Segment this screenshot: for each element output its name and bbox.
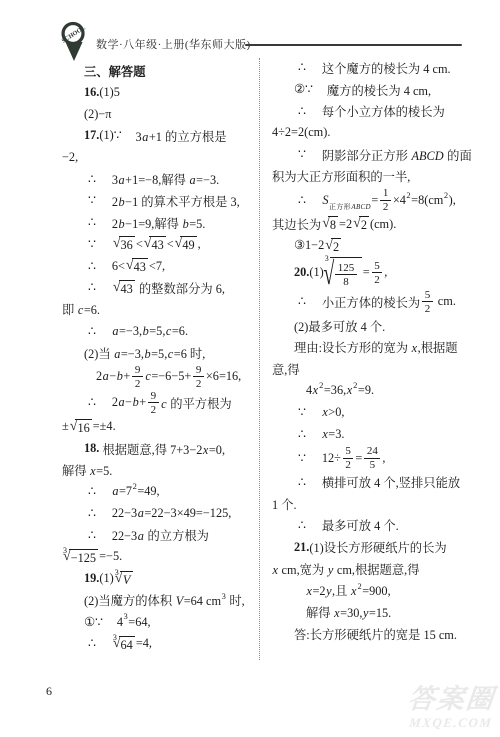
- text-line: ∵12÷52=245,: [272, 445, 462, 471]
- bold-label: 21.: [294, 540, 309, 555]
- math-text: ,: [384, 265, 387, 280]
- math-text: a=72=49,: [112, 484, 160, 499]
- text-line: 解得 x=5.: [62, 459, 258, 481]
- text-line: 3√−125=−5.: [62, 546, 258, 568]
- square-root: √43: [144, 236, 166, 252]
- math-text: 即 c=6.: [62, 300, 100, 318]
- math-text: ×42=8(cm2),: [393, 193, 456, 208]
- column-divider: [259, 58, 260, 660]
- bold-label: 20.: [294, 265, 309, 280]
- math-text: 3a+1=−8,解得 a=−3.: [112, 170, 219, 188]
- text-line: ∵x>0,: [272, 402, 462, 424]
- fraction: 12: [380, 187, 391, 213]
- math-text: 根据题意,得 7+3−2x=0,: [99, 440, 225, 458]
- math-text: c=−6−5+: [145, 369, 192, 384]
- math-text: <7,: [149, 259, 165, 274]
- therefore-symbol: ∴: [298, 475, 306, 490]
- math-text: (1)∵: [99, 128, 121, 143]
- text-line: (2)最多可放 4 个.: [272, 315, 478, 337]
- book-title: 数学·八年级·上册(华东师大版): [96, 36, 251, 52]
- text-line: x cm,宽为 y cm,根据题意,得: [272, 558, 478, 580]
- cube-root: 3√V: [115, 571, 133, 587]
- math-text: x=2y,且 x2=900,: [306, 581, 391, 599]
- fraction: 1258: [335, 262, 357, 288]
- math-text: =: [355, 451, 362, 466]
- because-symbol: ∵: [298, 405, 306, 420]
- math-text: =4,: [136, 636, 152, 651]
- text-line: 积为大正方形面积的一半,: [272, 165, 478, 187]
- text-line: ③1−2√2: [272, 235, 478, 257]
- math-text: ,: [198, 237, 201, 252]
- therefore-symbol: ∴: [88, 259, 96, 274]
- cube-root: 3√1258: [325, 257, 362, 289]
- math-text: (1)设长方形硬纸片的长为: [309, 538, 446, 556]
- therefore-symbol: ∴: [88, 528, 96, 543]
- math-text: −2,: [62, 150, 78, 165]
- math-text: (2)当 a=−3,b=5,c=6 时,: [84, 344, 205, 362]
- math-text: (cm).: [370, 217, 396, 232]
- text-line: (2)当 a=−3,b=5,c=6 时,: [62, 342, 258, 364]
- therefore-symbol: ∴: [298, 518, 306, 533]
- text-line: 即 c=6.: [62, 299, 258, 321]
- text-line: ∴22−3a 的立方根为: [62, 524, 242, 546]
- math-text: =2: [339, 217, 352, 232]
- math-text: 6<: [112, 259, 125, 274]
- text-line: 4÷2=2(cm).: [272, 122, 478, 144]
- math-text: (2)最多可放 4 个.: [294, 317, 385, 335]
- text-line: −2,: [62, 147, 258, 169]
- therefore-symbol: ∴: [88, 636, 96, 651]
- math-text: 其边长为: [272, 215, 321, 233]
- text-line: 19.(1)3√V: [62, 568, 258, 590]
- math-text: <: [136, 237, 143, 252]
- bold-label: 16.: [84, 85, 99, 100]
- text-line: ∴最多可放 4 个.: [272, 515, 462, 537]
- because-symbol: ∵: [88, 237, 96, 252]
- because-symbol: ∵: [88, 193, 96, 208]
- text-line: (2)当魔方的体积 V=64 cm3 时,: [62, 590, 258, 612]
- text-line: 16.(1)5: [62, 82, 258, 104]
- math-text: c 的平方根为: [161, 394, 232, 412]
- math-text: 的整数部分为 6,: [136, 279, 225, 297]
- therefore-symbol: ∴: [88, 506, 96, 521]
- math-text: 每个小立方体的棱长为: [322, 102, 445, 120]
- text-line: ±√16=±4.: [62, 416, 258, 438]
- fraction: 52: [372, 260, 383, 286]
- watermark-site-text: MXQE.COM: [405, 716, 493, 729]
- text-line: 18. 根据题意,得 7+3−2x=0,: [62, 438, 258, 460]
- text-line: ∵阴影部分正方形 ABCD 的面: [272, 144, 462, 166]
- fraction: 52: [343, 445, 354, 471]
- text-line: ∴a=−3,b=5,c=6.: [62, 320, 242, 342]
- text-line: ∴a=72=49,: [62, 481, 242, 503]
- bold-label: 18.: [84, 441, 99, 456]
- math-text: (1)5: [99, 85, 120, 100]
- bold-label: 17.: [84, 128, 99, 143]
- math-text: 2a−b+: [96, 369, 130, 384]
- square-root: √16: [70, 419, 92, 435]
- text-line: ∴3a+1=−8,解得 a=−3.: [62, 168, 242, 190]
- text-line: ∴22−3a=22−3×49=−125,: [62, 503, 242, 525]
- math-text: <: [167, 237, 174, 252]
- bold-label: 19.: [84, 571, 99, 586]
- text-line: 三、解答题: [62, 60, 258, 82]
- math-text: S正方形ABCD=: [322, 193, 378, 208]
- text-line: ∴2b−1=9,解得 b=5.: [62, 212, 242, 234]
- math-text: x=3.: [322, 427, 345, 442]
- because-symbol: ∵: [298, 451, 306, 466]
- math-text: 2b−1=9,解得 b=5.: [112, 214, 206, 232]
- math-text: 魔方的棱长为 4 cm,: [327, 81, 431, 99]
- math-text: (1): [99, 571, 113, 586]
- math-text: x>0,: [322, 405, 345, 420]
- math-text: 横排可放 4 个,竖排只能放: [322, 473, 460, 491]
- square-root: √8: [322, 216, 338, 232]
- math-text: 解得 x=5.: [62, 461, 112, 479]
- text-line: 20.(1)3√1258=52,: [272, 257, 478, 289]
- textbook-answer-page: { "header": { "brand": "SCHOOL", "title"…: [0, 0, 500, 737]
- text-line: ∴横排可放 4 个,竖排只能放: [272, 471, 462, 493]
- text-line: 答:长方形硬纸片的宽是 15 cm.: [272, 623, 478, 645]
- watermark-logo-text: 答案圈: [406, 686, 496, 713]
- text-line: ∵2b−1 的算术平方根是 3,: [62, 190, 242, 212]
- text-line: ∴2a−b+92c 的平方根为: [62, 390, 242, 416]
- math-text: ×6=16,: [206, 369, 241, 384]
- fraction: 92: [148, 390, 159, 416]
- text-line: (2)−π: [62, 103, 258, 125]
- because-symbol: ∵: [298, 147, 306, 162]
- text-line: ∵√36<√43<√49,: [62, 234, 242, 256]
- text-line: ①∵43=64,: [62, 611, 258, 633]
- math-text: ②∵: [294, 82, 313, 97]
- therefore-symbol: ∴: [298, 294, 306, 309]
- therefore-symbol: ∴: [88, 395, 96, 410]
- right-column: ∴这个魔方的棱长为 4 cm.②∵魔方的棱长为 4 cm,∴每个小立方体的棱长为…: [272, 57, 478, 645]
- math-text: (2)当魔方的体积 V=64 cm3 时,: [84, 591, 245, 609]
- therefore-symbol: ∴: [88, 324, 96, 339]
- text-line: ∴√43 的整数部分为 6,: [62, 277, 242, 299]
- math-text: (2)−π: [84, 107, 111, 122]
- math-text: 小正方体的棱长为: [322, 293, 420, 311]
- therefore-symbol: ∴: [88, 215, 96, 230]
- fraction: 92: [193, 364, 204, 390]
- math-text: =: [363, 265, 370, 280]
- math-text: 22−3a 的立方根为: [112, 526, 209, 544]
- math-text: x cm,宽为 y cm,根据题意,得: [272, 560, 420, 578]
- math-text: (1): [309, 265, 323, 280]
- watermark: 答案圈 MXQE.COM: [405, 686, 497, 729]
- therefore-symbol: ∴: [88, 280, 96, 295]
- math-text: ①∵: [84, 615, 103, 630]
- math-text: cm.: [435, 294, 456, 309]
- cube-root: 3√−125: [63, 549, 98, 565]
- math-text: 4÷2=2(cm).: [272, 125, 330, 140]
- square-root: √43: [126, 258, 148, 274]
- text-line: ∴3√64=4,: [62, 633, 242, 655]
- fraction: 245: [364, 445, 380, 471]
- math-text: 22−3a=22−3×49=−125,: [112, 506, 231, 521]
- fraction: 52: [422, 289, 433, 315]
- text-line: 理由:设长方形的宽为 x,根据题: [272, 337, 478, 359]
- text-line: x=2y,且 x2=900,: [272, 580, 478, 602]
- text-line: 1 个.: [272, 493, 478, 515]
- math-text: 解得 x=30,y=15.: [306, 603, 391, 621]
- page-number: 6: [46, 684, 52, 699]
- therefore-symbol: ∴: [298, 104, 306, 119]
- square-root: √2: [325, 238, 341, 254]
- text-line: ∴每个小立方体的棱长为: [272, 100, 462, 122]
- bold-label: 三、解答题: [84, 62, 146, 80]
- math-text: 最多可放 4 个.: [322, 516, 399, 534]
- square-root: √49: [175, 236, 197, 252]
- text-line: ∴x=3.: [272, 423, 462, 445]
- school-logo: SCHOOL: [55, 21, 93, 65]
- math-text: =±4.: [93, 419, 116, 434]
- math-text: 意,得: [272, 360, 300, 378]
- math-text: 理由:设长方形的宽为 x,根据题: [294, 338, 458, 356]
- math-text: 4x2=36,x2=9.: [306, 383, 374, 398]
- text-line: 其边长为√8=2√2(cm).: [272, 213, 478, 235]
- math-text: =−5.: [99, 549, 122, 564]
- text-line: 意,得: [272, 358, 478, 380]
- therefore-symbol: ∴: [298, 60, 306, 75]
- left-column: 三、解答题16.(1)5(2)−π17.(1)∵3a+1 的立方根是−2,∴3a…: [62, 60, 258, 655]
- therefore-symbol: ∴: [298, 193, 306, 208]
- math-text: 3a+1 的立方根是: [136, 127, 227, 145]
- math-text: 这个魔方的棱长为 4 cm.: [322, 59, 451, 77]
- header-rule: [245, 44, 462, 46]
- square-root: √43: [113, 280, 135, 296]
- text-line: 解得 x=30,y=15.: [272, 601, 478, 623]
- text-line: ∴小正方体的棱长为52 cm.: [272, 289, 462, 315]
- math-text: 积为大正方形面积的一半,: [272, 167, 410, 185]
- text-line: ∴S正方形ABCD=12×42=8(cm2),: [272, 187, 462, 213]
- text-line: ②∵魔方的棱长为 4 cm,: [272, 79, 478, 101]
- math-text: 1 个.: [272, 495, 297, 513]
- math-text: 2b−1 的算术平方根是 3,: [112, 192, 240, 210]
- math-text: 2a−b+: [112, 395, 146, 410]
- cube-root: 3√64: [113, 636, 135, 652]
- text-line: 21.(1)设长方形硬纸片的长为: [272, 536, 478, 558]
- math-text: 12÷: [322, 451, 341, 466]
- therefore-symbol: ∴: [88, 484, 96, 499]
- text-line: ∴6<√43<7,: [62, 255, 242, 277]
- therefore-symbol: ∴: [88, 172, 96, 187]
- math-text: 答:长方形硬纸片的宽是 15 cm.: [294, 625, 457, 643]
- square-root: √2: [353, 216, 369, 232]
- math-text: ±: [62, 419, 69, 434]
- square-root: √36: [113, 236, 135, 252]
- text-line: 2a−b+92c=−6−5+92×6=16,: [62, 364, 258, 390]
- therefore-symbol: ∴: [298, 427, 306, 442]
- math-text: 43=64,: [117, 615, 151, 630]
- text-line: 17.(1)∵3a+1 的立方根是: [62, 125, 258, 147]
- math-text: a=−3,b=5,c=6.: [112, 324, 188, 339]
- fraction: 92: [132, 364, 143, 390]
- math-text: 阴影部分正方形 ABCD 的面: [322, 146, 472, 164]
- text-line: ∴这个魔方的棱长为 4 cm.: [272, 57, 462, 79]
- math-text: ,: [382, 451, 385, 466]
- text-line: 4x2=36,x2=9.: [272, 380, 478, 402]
- math-text: ③1−2: [294, 238, 324, 253]
